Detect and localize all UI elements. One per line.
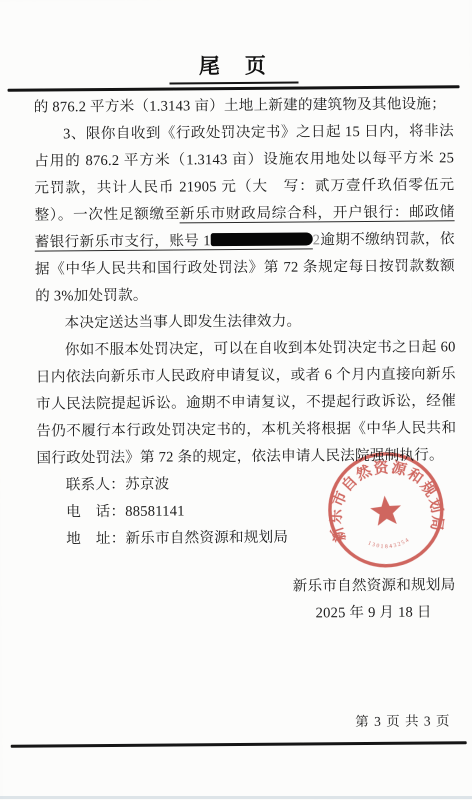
svg-text:1301843254: 1301843254 <box>366 536 412 552</box>
seal-star-icon <box>369 494 403 526</box>
paper-sheet: 尾 页 的 876.2 平方米（1.3143 亩）土地上新建的建筑物及其他设施；… <box>0 0 472 800</box>
contact-phone-label: 电 话： <box>66 504 125 520</box>
paragraph-penalty: 3、限你自收到《行政处罚决定书》之日起 15 日内，将非法占用的 876.2 平… <box>34 118 455 310</box>
body-text-segment: 的 876.2 平方米（1.3143 亩）土地上新建的建筑物及其他设施； <box>34 96 446 115</box>
page-number: 第 3 页 共 3 页 <box>355 709 451 730</box>
contact-address-label: 地 址： <box>66 531 125 547</box>
contact-address-value: 新乐市自然资源和规划局 <box>125 530 288 547</box>
signature-block: 新乐市自然资源和规划局 2025 年 9 月 18 日 <box>37 572 457 629</box>
contact-person-value: 苏京波 <box>125 477 170 493</box>
redaction-bar <box>211 232 313 246</box>
official-seal: 新乐市自然资源和规划局 1301843254 <box>319 443 452 576</box>
paragraph-continuation: 的 876.2 平方米（1.3143 亩）土地上新建的建筑物及其他设施； <box>34 91 454 121</box>
title-row: 尾 页 <box>0 48 470 86</box>
contact-person-label: 联系人： <box>66 477 125 493</box>
seal-serial-number: 1301843254 <box>366 536 412 552</box>
scanned-document-page: 尾 页 的 876.2 平方米（1.3143 亩）土地上新建的建筑物及其他设施；… <box>0 0 472 800</box>
footer-rule <box>11 741 467 748</box>
contact-phone-value: 88581141 <box>125 503 185 519</box>
paragraph-legal-effect: 本决定送达当事人即发生法律效力。 <box>35 307 455 337</box>
scan-edge-artifact <box>0 796 472 799</box>
page-title: 尾 页 <box>169 50 298 85</box>
signature-date: 2025 年 9 月 18 日 <box>38 599 458 629</box>
signature-org-name: 新乐市自然资源和规划局 <box>37 572 457 602</box>
